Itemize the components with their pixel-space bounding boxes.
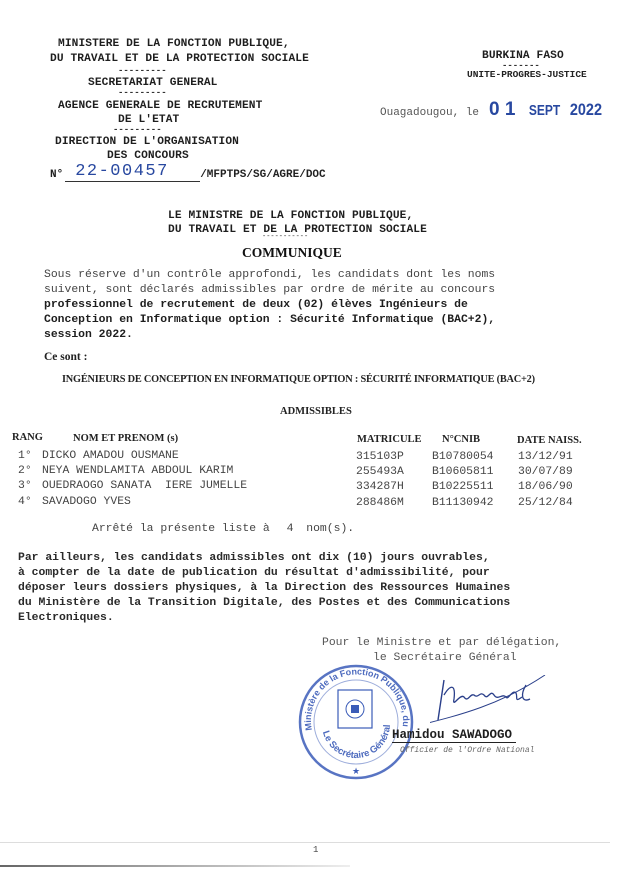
intro-line: suivent, sont déclarés admissibles par o… [44, 283, 495, 298]
cell-cnib: B10605811 [432, 466, 494, 478]
ministry-line2: DU TRAVAIL ET DE LA PROTECTION SOCIALE [50, 53, 309, 65]
separator: --------- [118, 88, 167, 98]
handwritten-signature [430, 675, 550, 725]
separator: --------- [118, 66, 167, 76]
header-dob: DATE NAISS. [517, 435, 582, 446]
intro-paragraph: Sous réserve d'un contrôle approfondi, l… [44, 268, 495, 343]
separator: --------- [113, 125, 162, 135]
cell-rank: 1° [18, 450, 32, 462]
cell-matricule: 255493A [356, 466, 404, 478]
country-motto: UNITE-PROGRES-JUSTICE [467, 69, 587, 80]
place: Ouagadougou, le [380, 107, 479, 119]
cell-rank: 2° [18, 465, 32, 477]
separator: ----------- [262, 233, 308, 241]
intro-bold-line: professionnel de recrutement de deux (02… [44, 298, 495, 313]
list-closing: Arrêté la présente liste à 4 nom(s). [92, 523, 354, 535]
cell-rank: 3° [18, 480, 32, 492]
closing-suffix: nom(s). [306, 523, 354, 535]
cell-dob: 13/12/91 [518, 451, 573, 463]
notice-line: Par ailleurs, les candidats admissibles … [18, 551, 510, 566]
cell-dob: 25/12/84 [518, 497, 573, 509]
reference-number: N° 22-00457 /MFPTPS/SG/AGRE/DOC [50, 164, 326, 184]
signatory-name: Hamidou SAWADOGO [392, 728, 516, 743]
ref-suffix: /MFPTPS/SG/AGRE/DOC [200, 169, 325, 181]
ref-underline: 22-00457 [65, 162, 200, 182]
intro-bold-line: Conception en Informatique option : Sécu… [44, 313, 495, 328]
cell-name: OUEDRAOGO SANATA IERE JUMELLE [42, 480, 247, 492]
list-intro: Ce sont : [44, 351, 87, 363]
cell-cnib: B10225511 [432, 481, 494, 493]
cell-rank: 4° [18, 496, 32, 508]
closing-count: 4 [287, 523, 294, 535]
closing-prefix: Arrêté la présente liste à [92, 523, 270, 535]
official-stamp: Ministère de la Fonction Publique, du Tr… [292, 660, 422, 780]
cell-dob: 30/07/89 [518, 466, 573, 478]
cell-name: SAVADOGO YVES [42, 496, 131, 508]
subsection-title: ADMISSIBLES [280, 406, 352, 417]
delegation-line1: Pour le Ministre et par délégation, [322, 637, 561, 649]
cell-matricule: 334287H [356, 481, 404, 493]
intro-bold-line: session 2022. [44, 328, 495, 343]
notice-line: à compter de la date de publication du r… [18, 566, 510, 581]
notice-line: du Ministère de la Transition Digitale, … [18, 596, 510, 611]
signatory-distinction: Officier de l'Ordre National [400, 746, 534, 755]
intro-line: Sous réserve d'un contrôle approfondi, l… [44, 268, 495, 283]
cell-name: DICKO AMADOU OUSMANE [42, 450, 179, 462]
stamp-outer-text: Ministère de la Fonction Publique, du Tr… [292, 660, 411, 731]
header-name: NOM ET PRENOM (s) [73, 433, 178, 444]
date-month: SEPT [529, 102, 560, 119]
header-matricule: MATRICULE [357, 434, 422, 445]
cell-cnib: B10780054 [432, 451, 494, 463]
header-cnib: N°CNIB [442, 434, 480, 445]
direction-line1: DIRECTION DE L'ORGANISATION [55, 136, 239, 148]
svg-text:★: ★ [352, 766, 360, 776]
notice-line: Electroniques. [18, 611, 510, 626]
svg-text:Ministère de la Fonction Publi: Ministère de la Fonction Publique, du Tr… [292, 660, 411, 731]
cell-name: NEYA WENDLAMITA ABDOUL KARIM [42, 465, 233, 477]
cell-matricule: 315103P [356, 451, 404, 463]
cell-matricule: 288486M [356, 497, 404, 509]
document-title: COMMUNIQUE [242, 245, 342, 261]
section-title: INGÉNIEURS DE CONCEPTION EN INFORMATIQUE… [62, 374, 535, 385]
issuer-line1: LE MINISTRE DE LA FONCTION PUBLIQUE, [168, 210, 413, 222]
footer-divider [0, 842, 610, 843]
ref-number: 22-00457 [65, 162, 169, 181]
notice-paragraph: Par ailleurs, les candidats admissibles … [18, 551, 510, 626]
ref-prefix: N° [50, 169, 63, 181]
cell-dob: 18/06/90 [518, 481, 573, 493]
date-day: 0 1 [489, 99, 515, 120]
footer-edge [0, 865, 350, 867]
header-rank: RANG [12, 432, 43, 443]
place-date: Ouagadougou, le 0 1 SEPT 2022 [380, 99, 604, 121]
agency-line1: AGENCE GENERALE DE RECRUTEMENT [58, 100, 262, 112]
direction-line2: DES CONCOURS [107, 150, 189, 162]
notice-line: déposer leurs dossiers physiques, à la D… [18, 581, 510, 596]
cell-cnib: B11130942 [432, 497, 494, 509]
date-year: 2022 [569, 100, 601, 120]
page-number: 1 [313, 845, 318, 855]
ministry-line1: MINISTERE DE LA FONCTION PUBLIQUE, [58, 38, 290, 50]
